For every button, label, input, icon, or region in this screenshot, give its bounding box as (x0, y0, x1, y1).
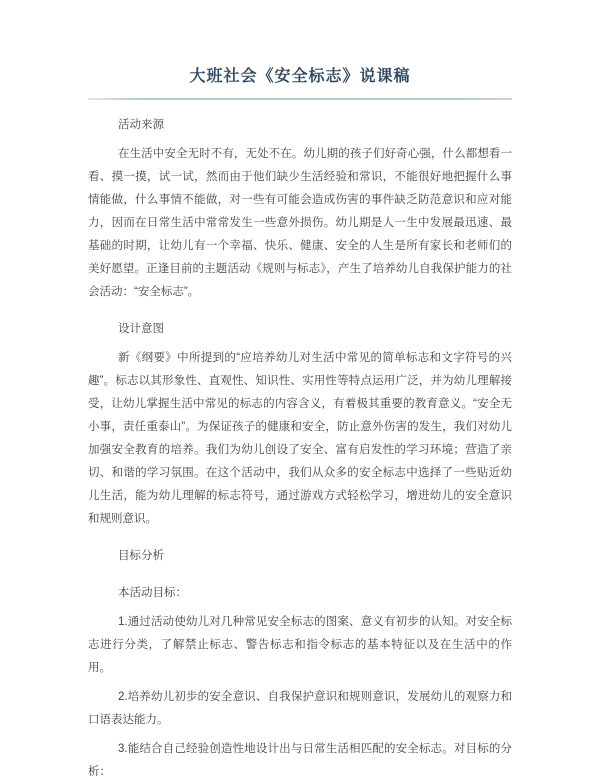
paragraph-design-intent: 新《纲要》中所提到的“应培养幼儿对生活中常见的简单标志和文字符号的兴趣”。标志以… (88, 347, 512, 531)
goal-item-3: 3.能结合自己经验创造性地设计出与日常生活相匹配的安全标志。对目标的分析： (88, 738, 512, 776)
document-content: 大班社会《安全标志》说课稿 活动来源 在生活中安全无时不有，无处不在。幼儿期的孩… (0, 0, 600, 776)
section-heading-design-intent: 设计意图 (88, 318, 512, 341)
goal-item-1: 1.通过活动使幼儿对几种常见安全标志的图案、意义有初步的认知。对安全标志进行分类… (88, 611, 512, 680)
section-heading-activity-source: 活动来源 (88, 114, 512, 137)
goal-item-2: 2.培养幼儿初步的安全意识、自我保护意识和规则意识，发展幼儿的观察力和口语表达能… (88, 686, 512, 732)
goals-lead: 本活动目标： (88, 582, 512, 605)
document-page: 大班社会《安全标志》说课稿 活动来源 在生活中安全无时不有，无处不在。幼儿期的孩… (0, 0, 600, 776)
section-heading-goal-analysis: 目标分析 (88, 545, 512, 568)
page-title: 大班社会《安全标志》说课稿 (88, 64, 512, 90)
title-divider (88, 98, 512, 100)
paragraph-activity-source: 在生活中安全无时不有，无处不在。幼儿期的孩子们好奇心强，什么都想看一看、摸一摸，… (88, 143, 512, 304)
